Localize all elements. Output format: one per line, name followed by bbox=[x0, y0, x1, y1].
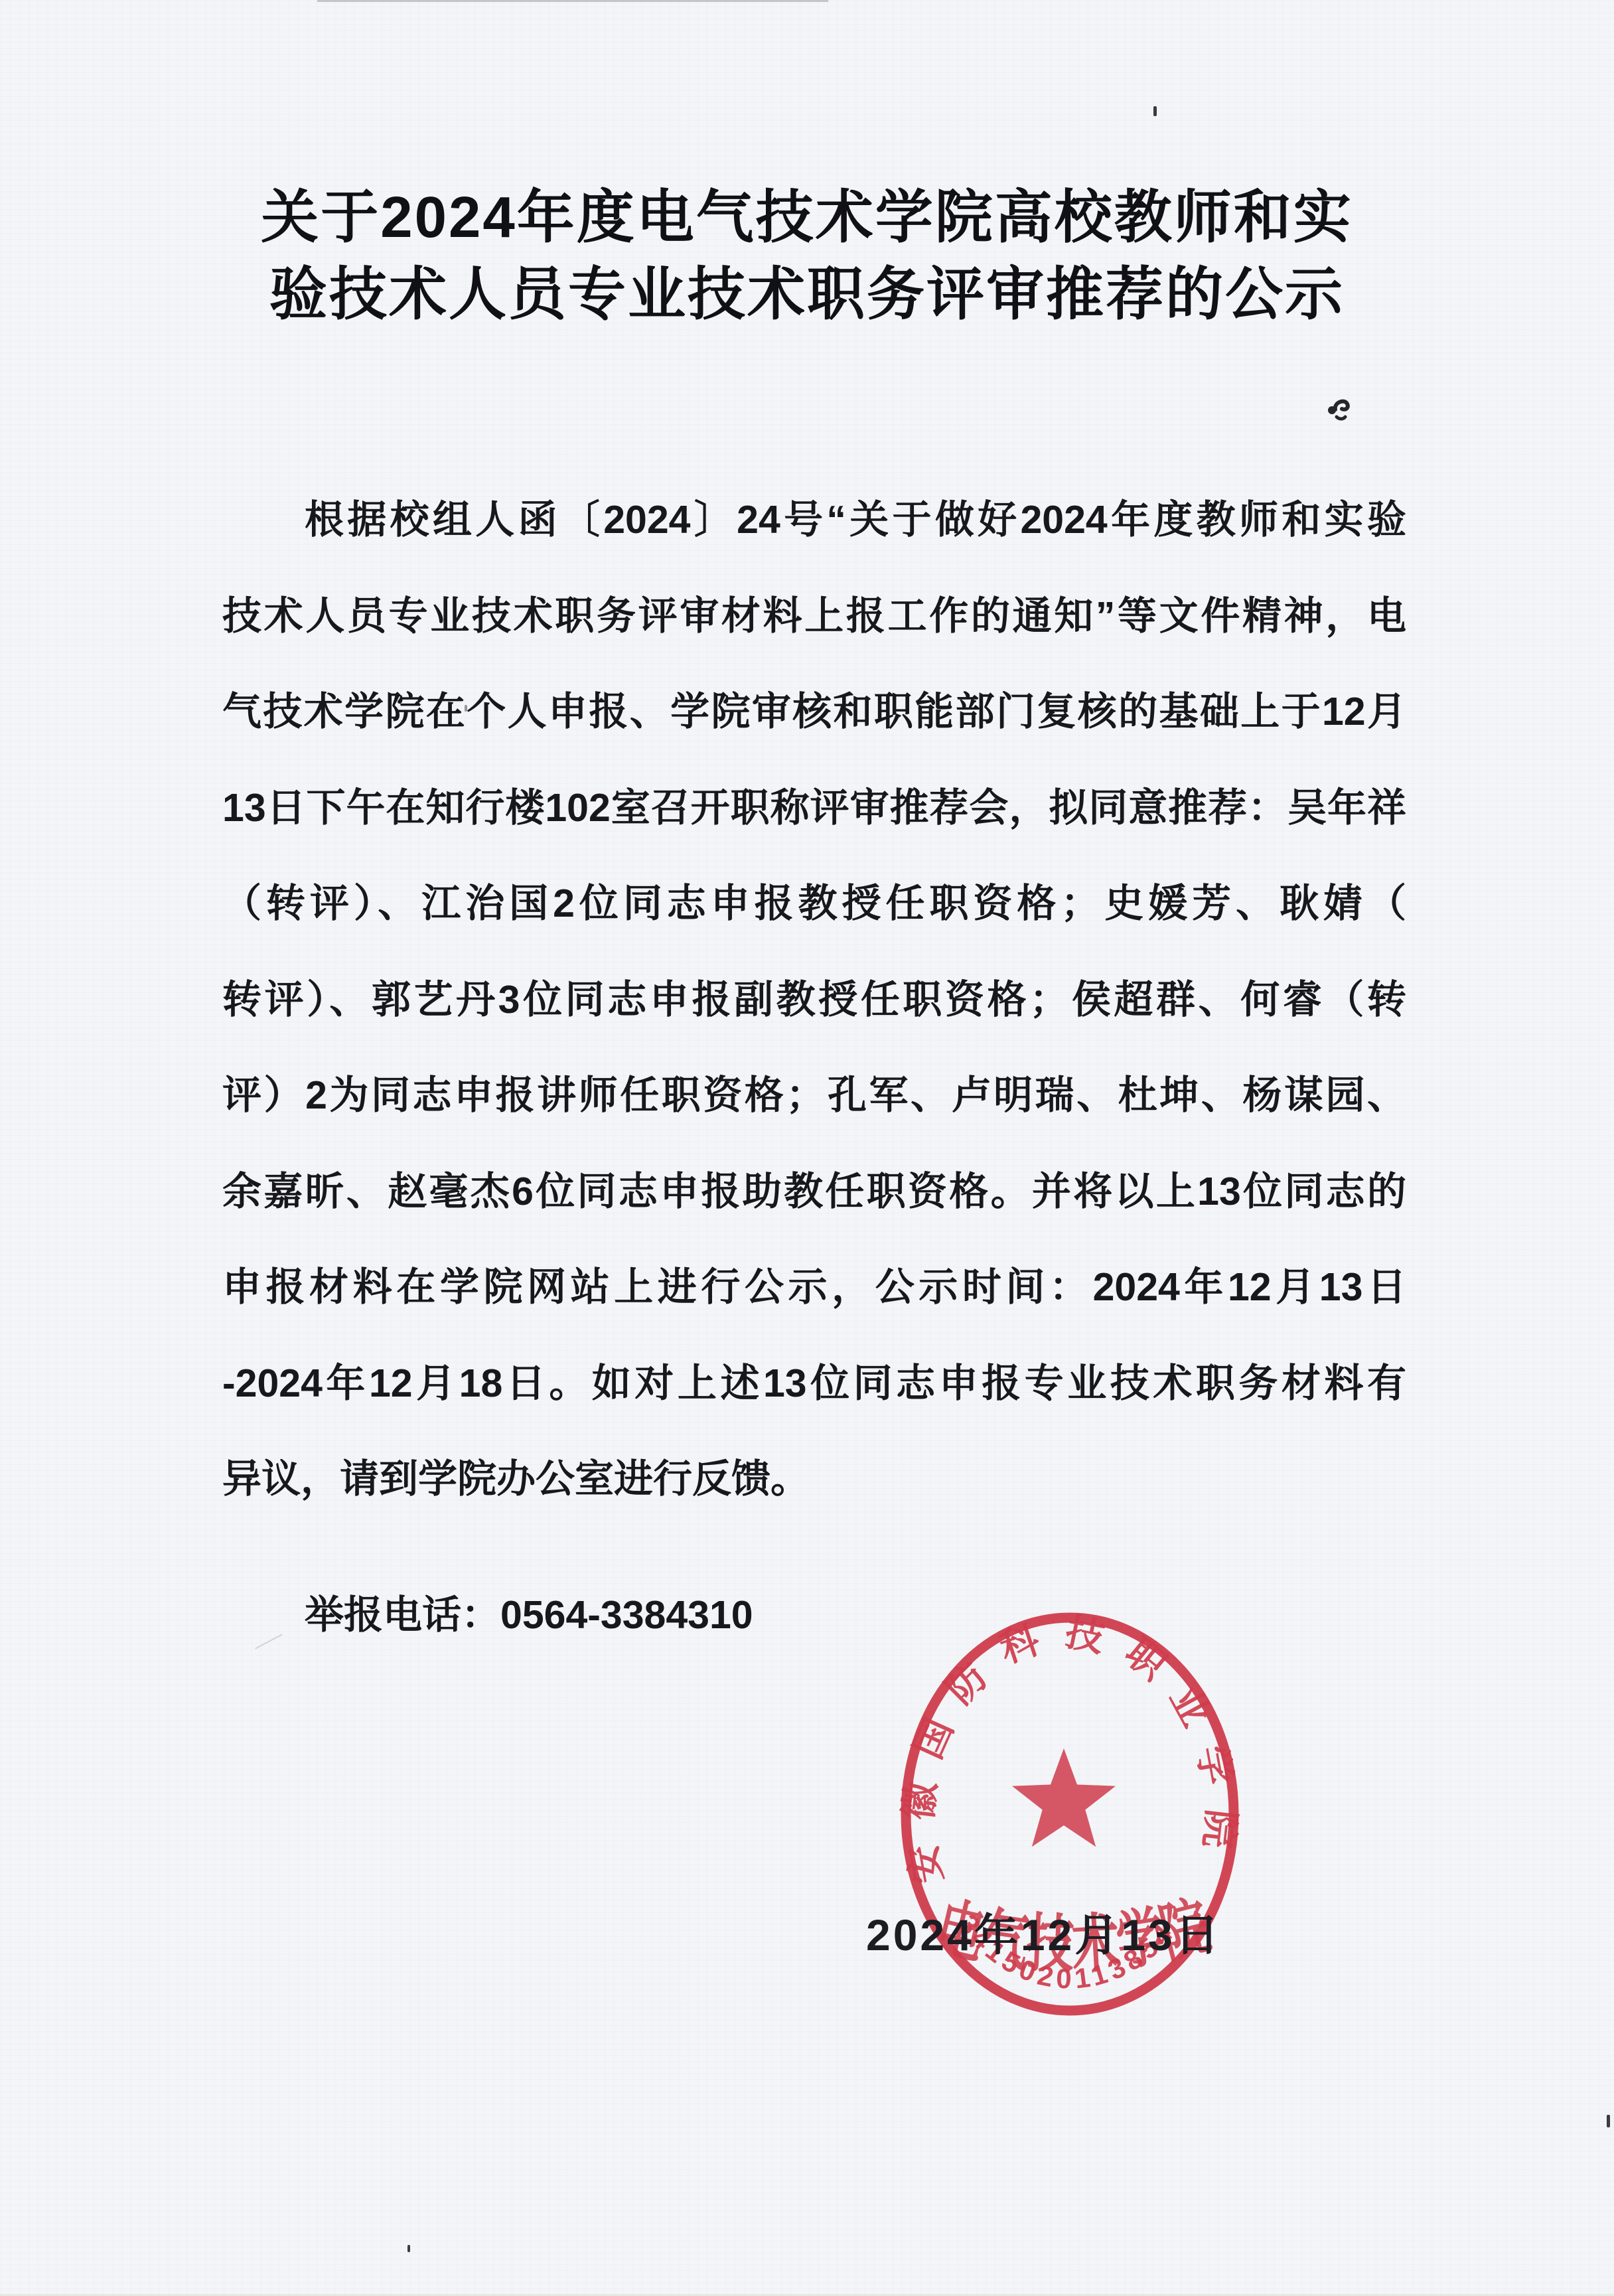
body-line: 13日下午在知行楼102室召开职称评审推荐会，拟同意推荐：吴年祥 bbox=[222, 784, 1406, 832]
body-line: 余嘉昕、赵毫杰6位同志申报助教任职资格。并将以上13位同志的 bbox=[222, 1168, 1406, 1215]
scan-top-edge-artifact bbox=[317, 0, 828, 2]
seal-arc-text: 安徽国防科技职业学院 bbox=[897, 1610, 1243, 1887]
seal-star-icon bbox=[1012, 1748, 1116, 1847]
body-line: 异议，请到学院办公室进行反馈。 bbox=[222, 1455, 1406, 1503]
report-phone-line: 举报电话：0564-3384310 bbox=[305, 1583, 753, 1640]
body-line: 技术人员专业技术职务评审材料上报工作的通知”等文件精神，电 bbox=[222, 592, 1406, 640]
date-line: 2024年12月13日 bbox=[866, 1900, 1222, 1963]
document-title-line-2: 验技术人员专业技术职务评审推荐的公示 bbox=[0, 256, 1614, 333]
scanned-announcement-page: 关于2024年度电气技术学院高校教师和实 验技术人员专业技术职务评审推荐的公示 … bbox=[0, 0, 1614, 2296]
body-line: 气技术学院在个人申报、学院审核和职能部门复核的基础上于12月 bbox=[222, 688, 1406, 735]
document-title-line-1: 关于2024年度电气技术学院高校教师和实 bbox=[0, 179, 1614, 256]
scan-speck bbox=[407, 2245, 410, 2252]
official-seal: 安徽国防科技职业学院 电气技术学院 3415020113854 bbox=[891, 1598, 1249, 2030]
body-line: 评）2为同志申报讲师任职资格；孔军、卢明瑞、杜坤、杨谋园、 bbox=[222, 1071, 1406, 1119]
scan-speck bbox=[465, 705, 467, 712]
scan-scratch-artifact bbox=[255, 1634, 283, 1649]
svg-text:安徽国防科技职业学院: 安徽国防科技职业学院 bbox=[897, 1610, 1243, 1887]
scan-speck bbox=[1153, 106, 1157, 116]
ink-blot-mark bbox=[1326, 395, 1358, 424]
body-line: 根据校组人函〔2024〕24号“关于做好2024年度教师和实验 bbox=[222, 496, 1406, 544]
body-line: 申报材料在学院网站上进行公示，公示时间：2024年12月13日 bbox=[222, 1263, 1406, 1311]
document-title: 关于2024年度电气技术学院高校教师和实 验技术人员专业技术职务评审推荐的公示 bbox=[0, 179, 1614, 333]
body-line: -2024年12月18日。如对上述13位同志申报专业技术职务材料有 bbox=[222, 1359, 1406, 1407]
body-line: 转评）、郭艺丹3位同志申报副教授任职资格；侯超群、何睿（转 bbox=[222, 976, 1406, 1024]
body-line: （转评）、江治国2位同志申报教授任职资格；史媛芳、耿婧（ bbox=[222, 880, 1406, 927]
scan-speck bbox=[1607, 2115, 1610, 2127]
